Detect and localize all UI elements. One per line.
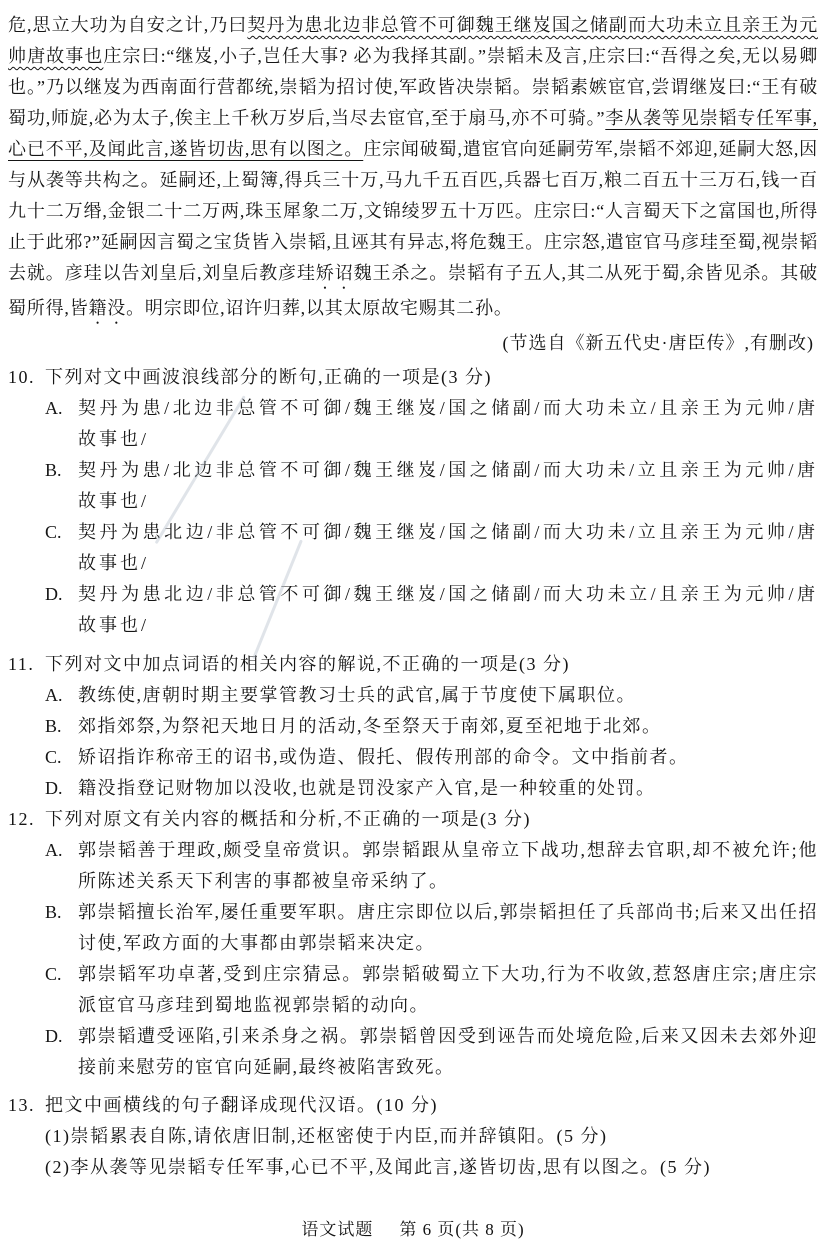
question-13-sub-1: (1)崇韬累表自陈,请依唐旧制,还枢密使于内臣,而并辞镇阳。(5 分): [8, 1121, 818, 1152]
question-number: 12.: [8, 804, 45, 835]
question-12-stem: 12. 下列对原文有关内容的概括和分析,不正确的一项是(3 分): [8, 804, 818, 835]
footer-doc-title: 语文试题: [301, 1220, 373, 1239]
option-label: C.: [45, 742, 78, 773]
option-text: 郭崇韬军功卓著,受到庄宗猜忌。郭崇韬破蜀立下大功,行为不收敛,惹怒唐庄宗;唐庄宗…: [78, 959, 818, 1021]
option-label: A.: [45, 835, 78, 897]
question-13: 13. 把文中画横线的句子翻译成现代汉语。(10 分) (1)崇韬累表自陈,请依…: [8, 1090, 818, 1183]
exam-page: 危,思立大功为自安之计,乃曰契丹为患北边非总管不可御魏王继岌国之储副而大功未立且…: [0, 0, 826, 1241]
option-label: D.: [45, 1021, 78, 1083]
question-10-option-a: A. 契丹为患/北边非总管不可御/魏王继岌/国之储副/而大功未立/且亲王为元帅/…: [8, 393, 818, 455]
option-label: D.: [45, 773, 78, 804]
question-11: 11. 下列对文中加点词语的相关内容的解说,不正确的一项是(3 分) A. 教练…: [8, 649, 818, 804]
option-text: 契丹为患/北边非总管不可御/魏王继岌/国之储副/而大功未立/且亲王为元帅/唐故事…: [78, 393, 818, 455]
question-stem-text: 下列对文中画波浪线部分的断句,正确的一项是(3 分): [45, 362, 818, 393]
option-text: 郭崇韬擅长治军,屡任重要军职。唐庄宗即位以后,郭崇韬担任了兵部尚书;后来又出任招…: [78, 897, 818, 959]
passage-segment: 。明宗即位,诏许归葬,以其太原故宅赐其二孙。: [126, 298, 513, 318]
option-text: 郊指郊祭,为祭祀天地日月的活动,冬至祭天于南郊,夏至祀地于北郊。: [78, 711, 818, 742]
option-label: A.: [45, 680, 78, 711]
option-label: C.: [45, 959, 78, 1021]
question-stem-text: 下列对原文有关内容的概括和分析,不正确的一项是(3 分): [45, 804, 818, 835]
question-number: 13.: [8, 1090, 45, 1121]
question-13-stem: 13. 把文中画横线的句子翻译成现代汉语。(10 分): [8, 1090, 818, 1121]
passage-segment: 庄宗闻破蜀,遣宦官向延嗣劳军,崇韬不郊迎,延嗣大怒,因与从袭等共构之。延嗣还,上…: [8, 139, 818, 283]
question-11-option-a: A. 教练使,唐朝时期主要掌管教习士兵的武官,属于节度使下属职位。: [8, 680, 818, 711]
question-number: 11.: [8, 649, 45, 680]
option-text: 矫诏指诈称帝王的诏书,或伪造、假托、假传刑部的命令。文中指前者。: [78, 742, 818, 773]
option-text: 教练使,唐朝时期主要掌管教习士兵的武官,属于节度使下属职位。: [78, 680, 818, 711]
passage-source: (节选自《新五代史·唐臣传》,有删改): [0, 328, 814, 359]
question-12-option-a: A. 郭崇韬善于理政,颇受皇帝赏识。郭崇韬跟从皇帝立下战功,想辞去官职,却不被允…: [8, 835, 818, 897]
option-label: A.: [45, 393, 78, 455]
question-12-option-b: B. 郭崇韬擅长治军,屡任重要军职。唐庄宗即位以后,郭崇韬担任了兵部尚书;后来又…: [8, 897, 818, 959]
option-text: 契丹为患/北边非总管不可御/魏王继岌/国之储副/而大功未/立且亲王为元帅/唐故事…: [78, 455, 818, 517]
option-label: B.: [45, 455, 78, 517]
question-11-option-c: C. 矫诏指诈称帝王的诏书,或伪造、假托、假传刑部的命令。文中指前者。: [8, 742, 818, 773]
footer-page-number: 第 6 页(共 8 页): [399, 1220, 524, 1239]
page-footer: 语文试题第 6 页(共 8 页): [0, 1215, 826, 1240]
option-text: 籍没指登记财物加以没收,也就是罚没家产入官,是一种较重的处罚。: [78, 773, 818, 804]
question-10: 10. 下列对文中画波浪线部分的断句,正确的一项是(3 分) A. 契丹为患/北…: [8, 362, 818, 641]
passage-segment: 危,思立大功为自安之计,乃曰: [8, 15, 247, 35]
option-text: 郭崇韬善于理政,颇受皇帝赏识。郭崇韬跟从皇帝立下战功,想辞去官职,却不被允许;他…: [78, 835, 818, 897]
option-label: C.: [45, 517, 78, 579]
option-label: B.: [45, 711, 78, 742]
question-12-option-c: C. 郭崇韬军功卓著,受到庄宗猜忌。郭崇韬破蜀立下大功,行为不收敛,惹怒唐庄宗;…: [8, 959, 818, 1021]
question-stem-text: 下列对文中加点词语的相关内容的解说,不正确的一项是(3 分): [45, 649, 818, 680]
question-12-option-d: D. 郭崇韬遭受诬陷,引来杀身之祸。郭崇韬曾因受到诬告而处境危险,后来又因未去郊…: [8, 1021, 818, 1083]
option-text: 契丹为患北边/非总管不可御/魏王继岌/国之储副/而大功未立/且亲王为元帅/唐故事…: [78, 579, 818, 641]
question-10-option-d: D. 契丹为患北边/非总管不可御/魏王继岌/国之储副/而大功未立/且亲王为元帅/…: [8, 579, 818, 641]
option-label: B.: [45, 897, 78, 959]
question-11-stem: 11. 下列对文中加点词语的相关内容的解说,不正确的一项是(3 分): [8, 649, 818, 680]
passage-segment-dotted-term: 矫诏: [316, 263, 354, 283]
question-11-option-b: B. 郊指郊祭,为祭祀天地日月的活动,冬至祭天于南郊,夏至祀地于北郊。: [8, 711, 818, 742]
option-text: 契丹为患北边/非总管不可御/魏王继岌/国之储副/而大功未/立且亲王为元帅/唐故事…: [78, 517, 818, 579]
question-number: 10.: [8, 362, 45, 393]
option-text: 郭崇韬遭受诬陷,引来杀身之祸。郭崇韬曾因受到诬告而处境危险,后来又因未去郊外迎接…: [78, 1021, 818, 1083]
question-11-option-d: D. 籍没指登记财物加以没收,也就是罚没家产入官,是一种较重的处罚。: [8, 773, 818, 804]
question-13-sub-2: (2)李从袭等见崇韬专任军事,心已不平,及闻此言,遂皆切齿,思有以图之。(5 分…: [8, 1152, 818, 1183]
question-10-stem: 10. 下列对文中画波浪线部分的断句,正确的一项是(3 分): [8, 362, 818, 393]
classical-passage: 危,思立大功为自安之计,乃曰契丹为患北边非总管不可御魏王继岌国之储副而大功未立且…: [8, 10, 818, 328]
passage-segment-dotted-term: 籍没: [89, 298, 127, 318]
question-10-option-c: C. 契丹为患北边/非总管不可御/魏王继岌/国之储副/而大功未/立且亲王为元帅/…: [8, 517, 818, 579]
question-10-option-b: B. 契丹为患/北边非总管不可御/魏王继岌/国之储副/而大功未/立且亲王为元帅/…: [8, 455, 818, 517]
option-label: D.: [45, 579, 78, 641]
question-stem-text: 把文中画横线的句子翻译成现代汉语。(10 分): [45, 1090, 818, 1121]
question-12: 12. 下列对原文有关内容的概括和分析,不正确的一项是(3 分) A. 郭崇韬善…: [8, 804, 818, 1083]
